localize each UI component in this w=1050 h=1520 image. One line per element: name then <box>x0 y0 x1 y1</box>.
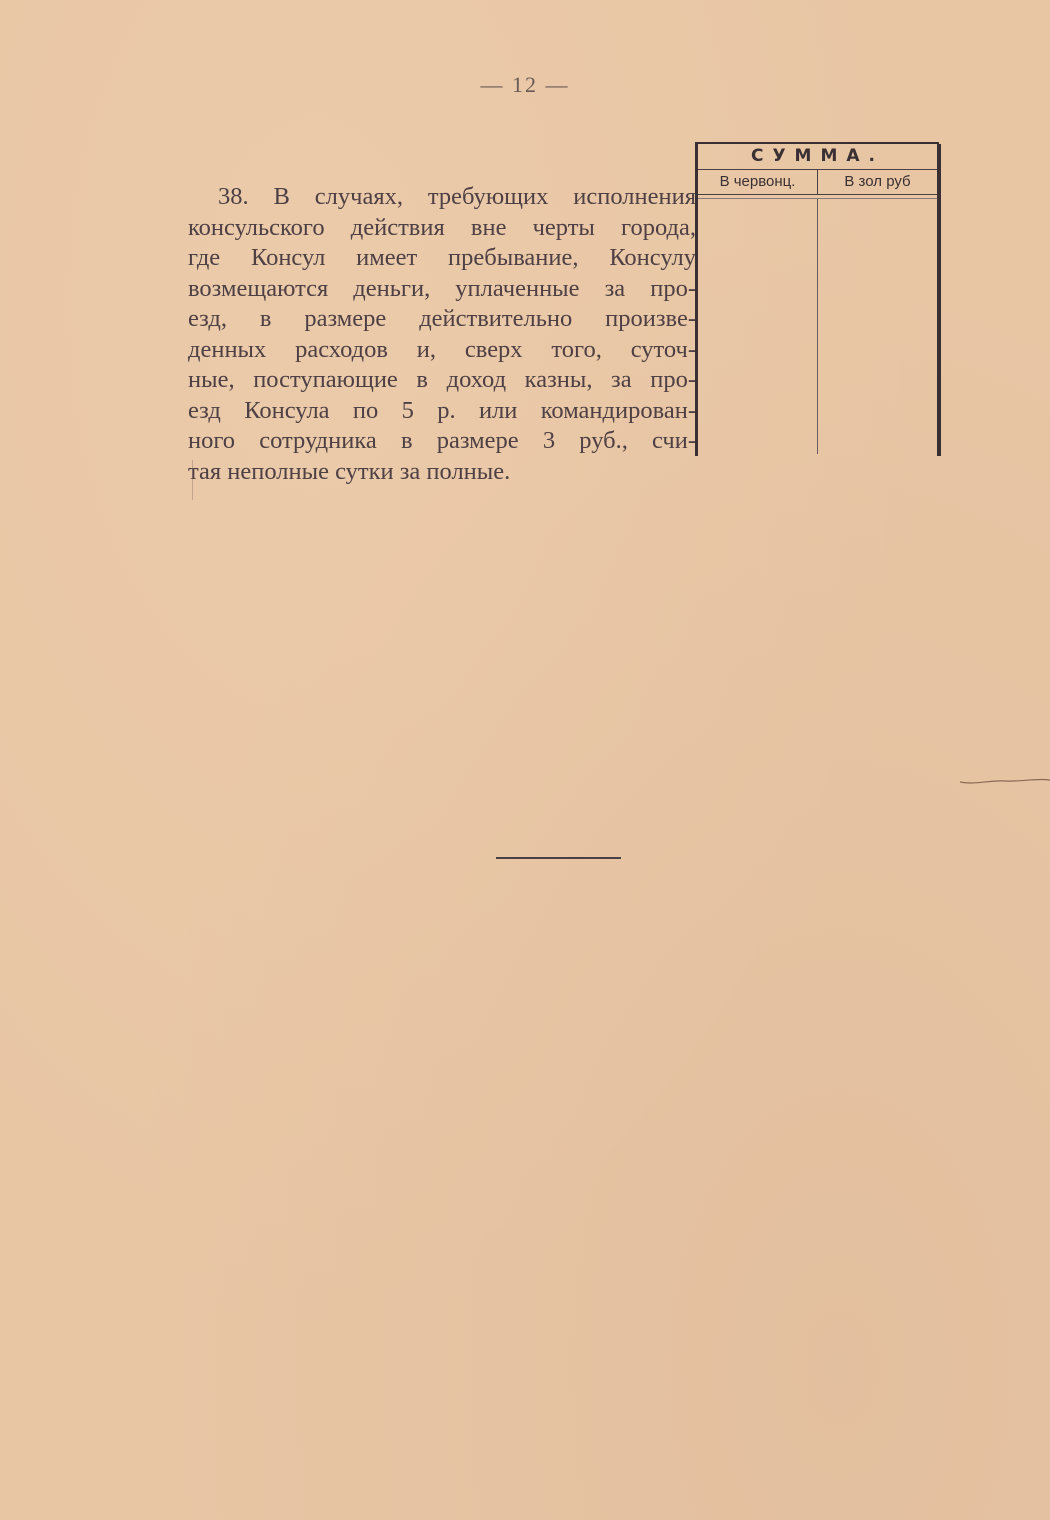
paragraph-line: где Консул имеет пребывание, Консулу <box>188 243 696 274</box>
paragraph-38: 38. В случаях, требующих исполнения конс… <box>188 182 696 487</box>
margin-mark <box>192 460 193 500</box>
sum-table-header: В червонц. В зол руб <box>698 170 937 195</box>
column-divider <box>817 199 818 454</box>
paragraph-line: езд Консула по 5 р. или командирован- <box>188 396 696 427</box>
sum-table-title: СУММА. <box>698 144 937 170</box>
paragraph-line: консульского действия вне черты города, <box>188 213 696 244</box>
paragraph-line: тая неполные сутки за полные. <box>188 457 696 488</box>
paper-crease <box>960 776 1050 788</box>
page-number: — 12 — <box>0 72 1050 98</box>
table-right-rule <box>937 144 941 456</box>
column-header-gold-rubles: В зол руб <box>817 170 937 194</box>
sum-table: СУММА. В червонц. В зол руб <box>695 142 939 456</box>
paragraph-line: ного сотрудника в размере 3 руб., счи- <box>188 426 696 457</box>
paragraph-line: возмещаются деньги, уплаченные за про- <box>188 274 696 305</box>
paragraph-line: езд, в размере действительно произве- <box>188 304 696 335</box>
paragraph-line: ные, поступающие в доход казны, за про- <box>188 365 696 396</box>
paragraph-line: 38. В случаях, требующих исполнения <box>188 182 696 213</box>
section-separator-rule <box>496 857 621 859</box>
column-header-chervonets: В червонц. <box>698 170 817 194</box>
paragraph-line: денных расходов и, сверх того, суточ- <box>188 335 696 366</box>
